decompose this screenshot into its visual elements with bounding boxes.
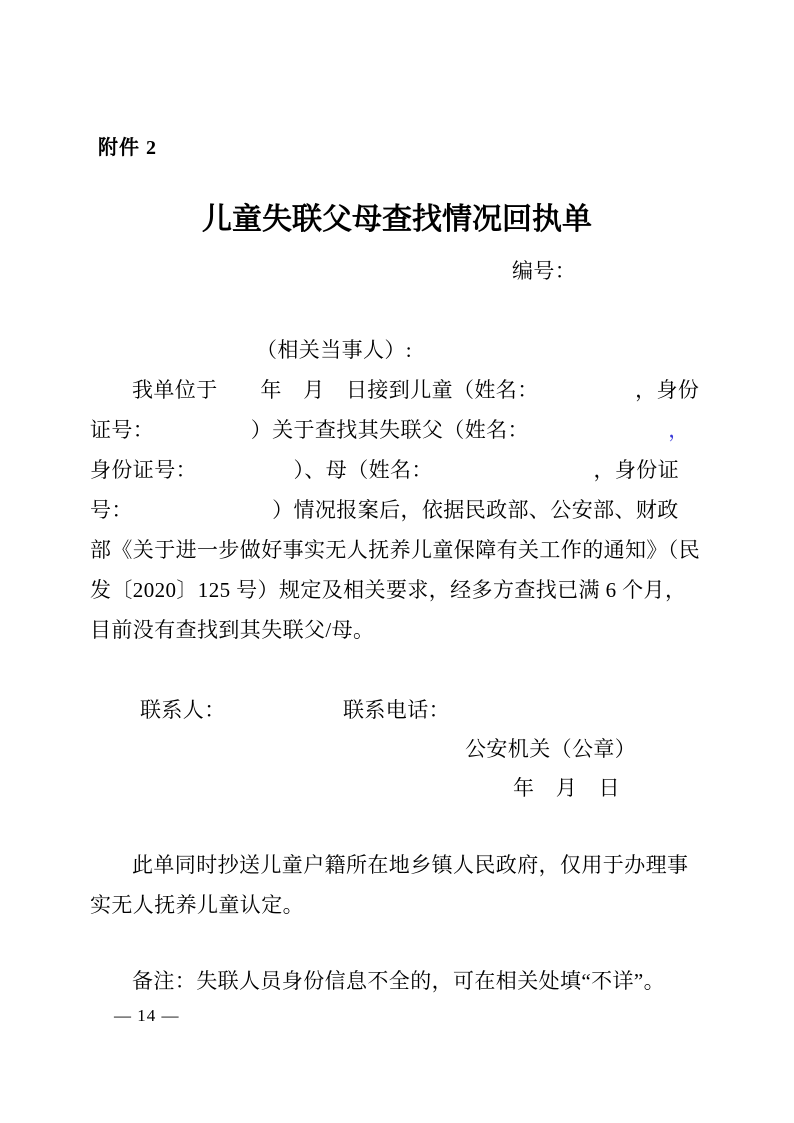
page-number: — 14 —: [114, 1006, 180, 1026]
body-line-policy-title: 部《关于进一步做好事实无人抚养儿童保障有关工作的通知》（民: [90, 538, 700, 562]
copy-note-line-2: 实无人抚养儿童认定。: [90, 893, 304, 917]
body-line-report-received: 我单位于 年 月 日接到儿童（姓名： ，身份: [132, 378, 699, 402]
body-line-policy-number: 发〔2020〕125 号）规定及相关要求，经多方查找已满 6 个月，: [90, 578, 686, 602]
salutation-line: （相关当事人）:: [256, 338, 412, 362]
signature-organization: 公安机关（公章）: [465, 737, 636, 761]
body-line-conclusion: 目前没有查找到其失联父/母。: [90, 618, 374, 642]
remark-line: 备注：失联人员身份信息不全的，可在相关处填“不详”。: [132, 969, 665, 993]
attachment-label: 附件 2: [98, 137, 157, 160]
document-title: 儿童失联父母查找情况回执单: [0, 203, 794, 238]
highlighted-comma: ，: [668, 418, 689, 442]
body-line-father-info: 证号： ）关于查找其失联父（姓名： ，: [90, 418, 690, 442]
contact-phone-label: 联系电话：: [343, 698, 450, 722]
body-line-case-basis: 号： ）情况报案后，依据民政部、公安部、财政: [90, 498, 679, 522]
body-line-father-info-text: 证号： ）关于查找其失联父（姓名：: [90, 418, 668, 442]
document-page: 附件 2 儿童失联父母查找情况回执单 编号： （相关当事人）: 我单位于 年 月…: [0, 0, 794, 1123]
copy-note-line-1: 此单同时抄送儿童户籍所在地乡镇人民政府，仅用于办理事: [132, 853, 688, 877]
serial-number-label: 编号：: [512, 259, 576, 283]
contact-person-label: 联系人：: [140, 698, 226, 722]
body-line-mother-info: 身份证号： ）、母（姓名： ，身份证: [90, 458, 679, 482]
signature-date-line: 年 月 日: [513, 776, 620, 800]
